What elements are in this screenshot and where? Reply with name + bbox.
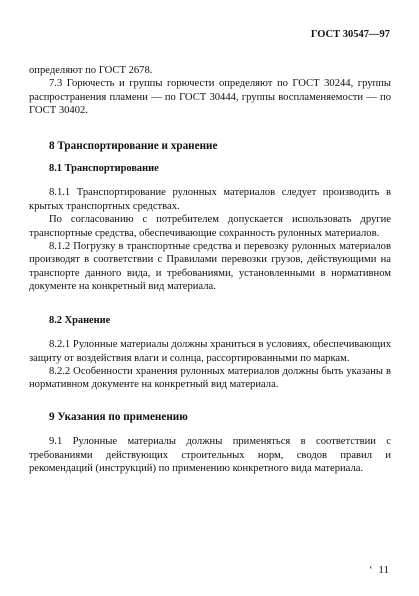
section-8-1-heading: 8.1 Транспортирование bbox=[29, 162, 391, 175]
section-8-2-heading: 8.2 Хранение bbox=[29, 314, 391, 327]
paragraph-8-2-1: 8.2.1 Рулонные материалы должны хранитьс… bbox=[29, 338, 391, 365]
section-9-heading: 9 Указания по применению bbox=[29, 411, 391, 424]
paragraph-8-1-1: 8.1.1 Транспортирование рулонных материа… bbox=[29, 186, 391, 213]
paragraph-7-3: 7.3 Горючесть и группы горючести определ… bbox=[29, 77, 391, 117]
document-header-id: ГОСТ 30547—97 bbox=[311, 29, 390, 40]
scan-mark-icon: ʻ bbox=[369, 565, 372, 576]
paragraph-continuation: определяют по ГОСТ 2678. bbox=[29, 64, 391, 77]
paragraph-8-2-2: 8.2.2 Особенности хранения рулонных мате… bbox=[29, 365, 391, 392]
paragraph-8-1-1-note: По согласованию с потребителем допускает… bbox=[29, 213, 391, 240]
page-body: определяют по ГОСТ 2678. 7.3 Горючесть и… bbox=[29, 64, 391, 475]
paragraph-8-1-2: 8.1.2 Погрузку в транспортные средства и… bbox=[29, 240, 391, 294]
section-8-heading: 8 Транспортирование и хранение bbox=[29, 140, 391, 153]
page-number: ʻ11 bbox=[369, 564, 389, 576]
paragraph-9-1: 9.1 Рулонные материалы должны применятьс… bbox=[29, 435, 391, 475]
